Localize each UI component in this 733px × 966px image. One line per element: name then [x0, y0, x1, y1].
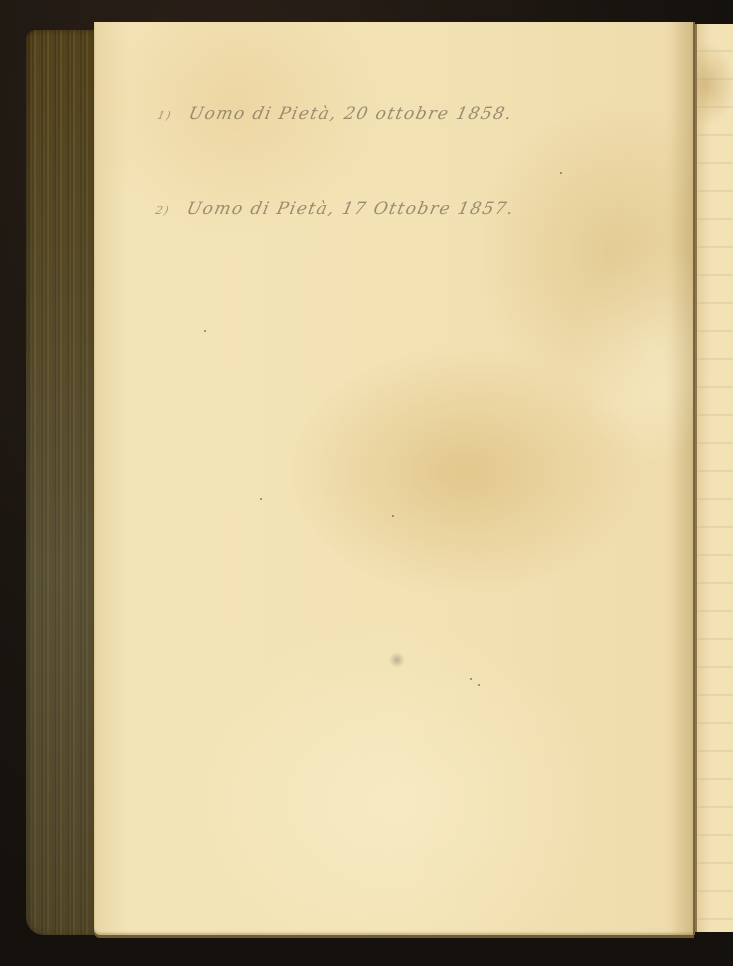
ink-speck	[478, 684, 480, 686]
annotation-text: Uomo di Pietà, 20 ottobre 1858.	[187, 104, 515, 124]
verso-page	[94, 22, 694, 935]
annotation-1: 1) Uomo di Pietà, 20 ottobre 1858.	[156, 104, 515, 124]
recto-page-edge	[695, 24, 733, 932]
annotation-2: 2) Uomo di Pietà, 17 Ottobre 1857.	[154, 199, 516, 219]
annotation-number: 2)	[154, 204, 171, 217]
ink-speck	[470, 678, 472, 680]
manuscript-scan: 1) Uomo di Pietà, 20 ottobre 1858. 2) Uo…	[0, 0, 733, 966]
foxing-stain	[389, 652, 405, 668]
ink-speck	[260, 498, 262, 500]
ink-speck	[204, 330, 206, 332]
ink-speck	[560, 172, 562, 174]
book-fore-edge	[26, 30, 98, 935]
ink-speck	[392, 515, 394, 517]
annotation-number: 1)	[156, 109, 173, 122]
annotation-text: Uomo di Pietà, 17 Ottobre 1857.	[185, 199, 517, 219]
